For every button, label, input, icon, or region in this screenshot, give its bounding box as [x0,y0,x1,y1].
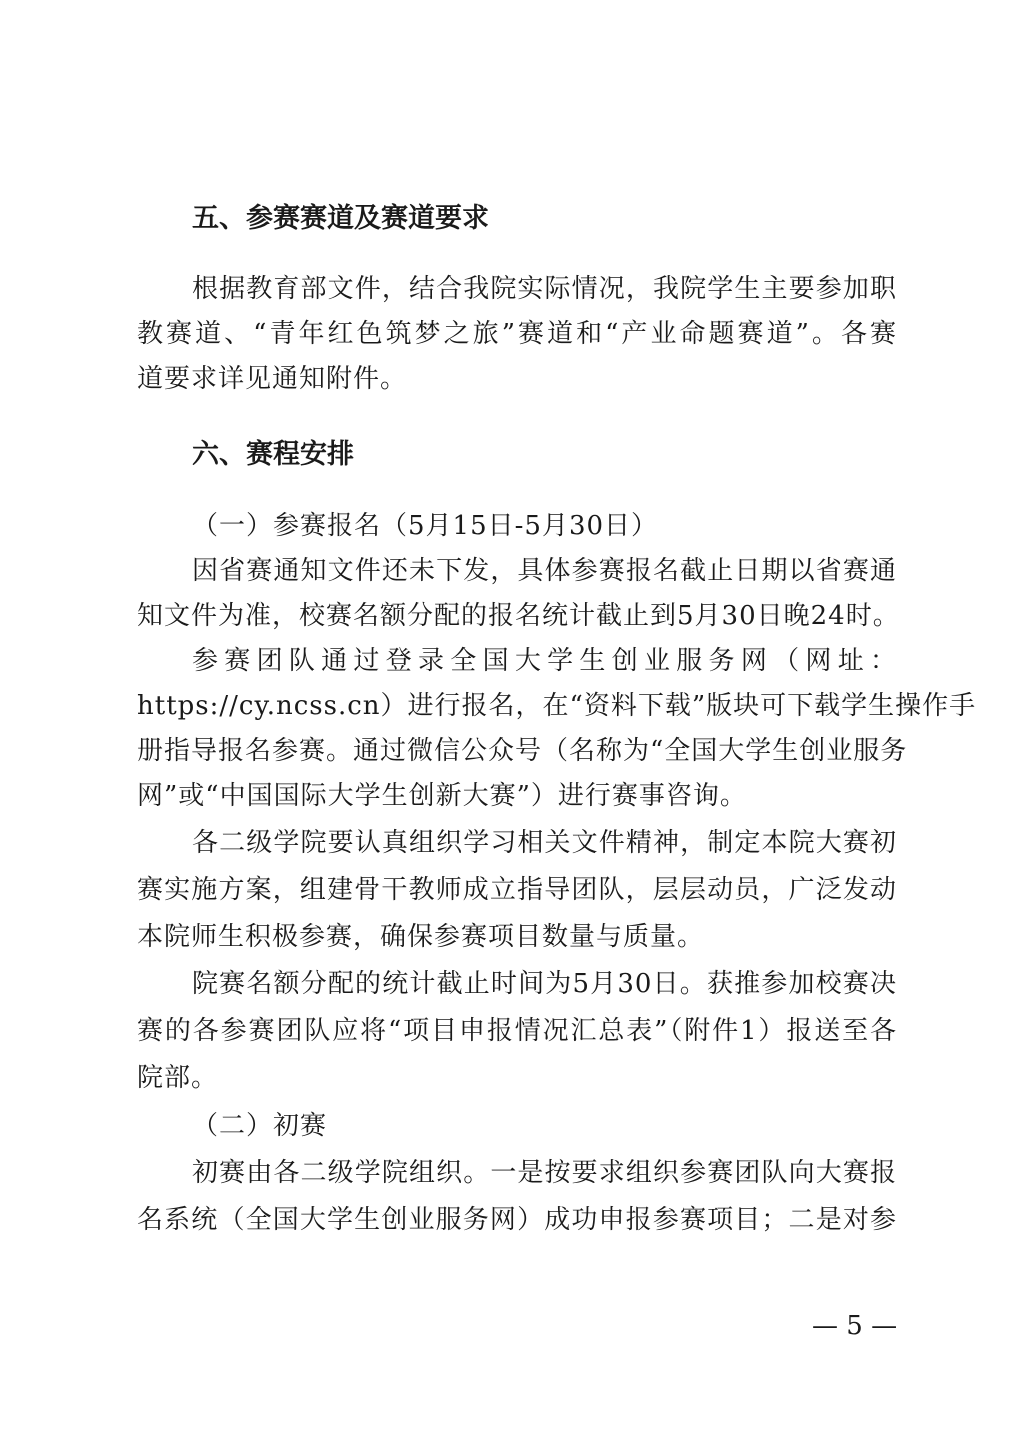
paragraph-line: 教赛道、“青年红色筑梦之旅”赛道和“产业命题赛道”。各赛 [137,313,897,350]
paragraph-line: 册指导报名参赛。通过微信公众号（名称为“全国大学生创业服务 [137,730,897,767]
paragraph-line: 名系统（全国大学生创业服务网）成功申报参赛项目；二是对参 [137,1199,897,1236]
paragraph-line: 院部。 [137,1057,897,1094]
paragraph-line: 各二级学院要认真组织学习相关文件精神，制定本院大赛初 [192,822,897,859]
paragraph-line-url: https://cy.ncss.cn）进行报名，在“资料下载”版块可下载学生操作… [137,685,897,722]
document-page: 五、参赛赛道及赛道要求 根据教育部文件，结合我院实际情况，我院学生主要参加职 教… [0,0,1024,1448]
subsection-heading-2: （二）初赛 [192,1105,327,1142]
section-heading-5: 五、参赛赛道及赛道要求 [192,196,489,235]
paragraph-line: 因省赛通知文件还未下发，具体参赛报名截止日期以省赛通 [192,550,897,587]
paragraph-line: 初赛由各二级学院组织。一是按要求组织参赛团队向大赛报 [192,1152,897,1189]
paragraph-line: 本院师生积极参赛，确保参赛项目数量与质量。 [137,916,897,953]
paragraph-line: 根据教育部文件，结合我院实际情况，我院学生主要参加职 [192,268,897,305]
paragraph-line: 参赛团队通过登录全国大学生创业服务网（网址： [192,640,897,677]
paragraph-line: 赛的各参赛团队应将“项目申报情况汇总表”（附件1）报送至各 [137,1010,897,1047]
page-number: — 5 — [812,1311,897,1341]
paragraph-line: 网”或“中国国际大学生创新大赛”）进行赛事咨询。 [137,775,897,812]
paragraph-line: 赛实施方案，组建骨干教师成立指导团队，层层动员，广泛发动 [137,869,897,906]
paragraph-line: 知文件为准，校赛名额分配的报名统计截止到5月30日晚24时。 [137,595,897,632]
paragraph-line: 道要求详见通知附件。 [137,358,897,395]
paragraph-line: 院赛名额分配的统计截止时间为5月30日。获推参加校赛决 [192,963,897,1000]
section-heading-6: 六、赛程安排 [192,432,354,471]
subsection-heading-1: （一）参赛报名（5月15日-5月30日） [192,505,658,542]
